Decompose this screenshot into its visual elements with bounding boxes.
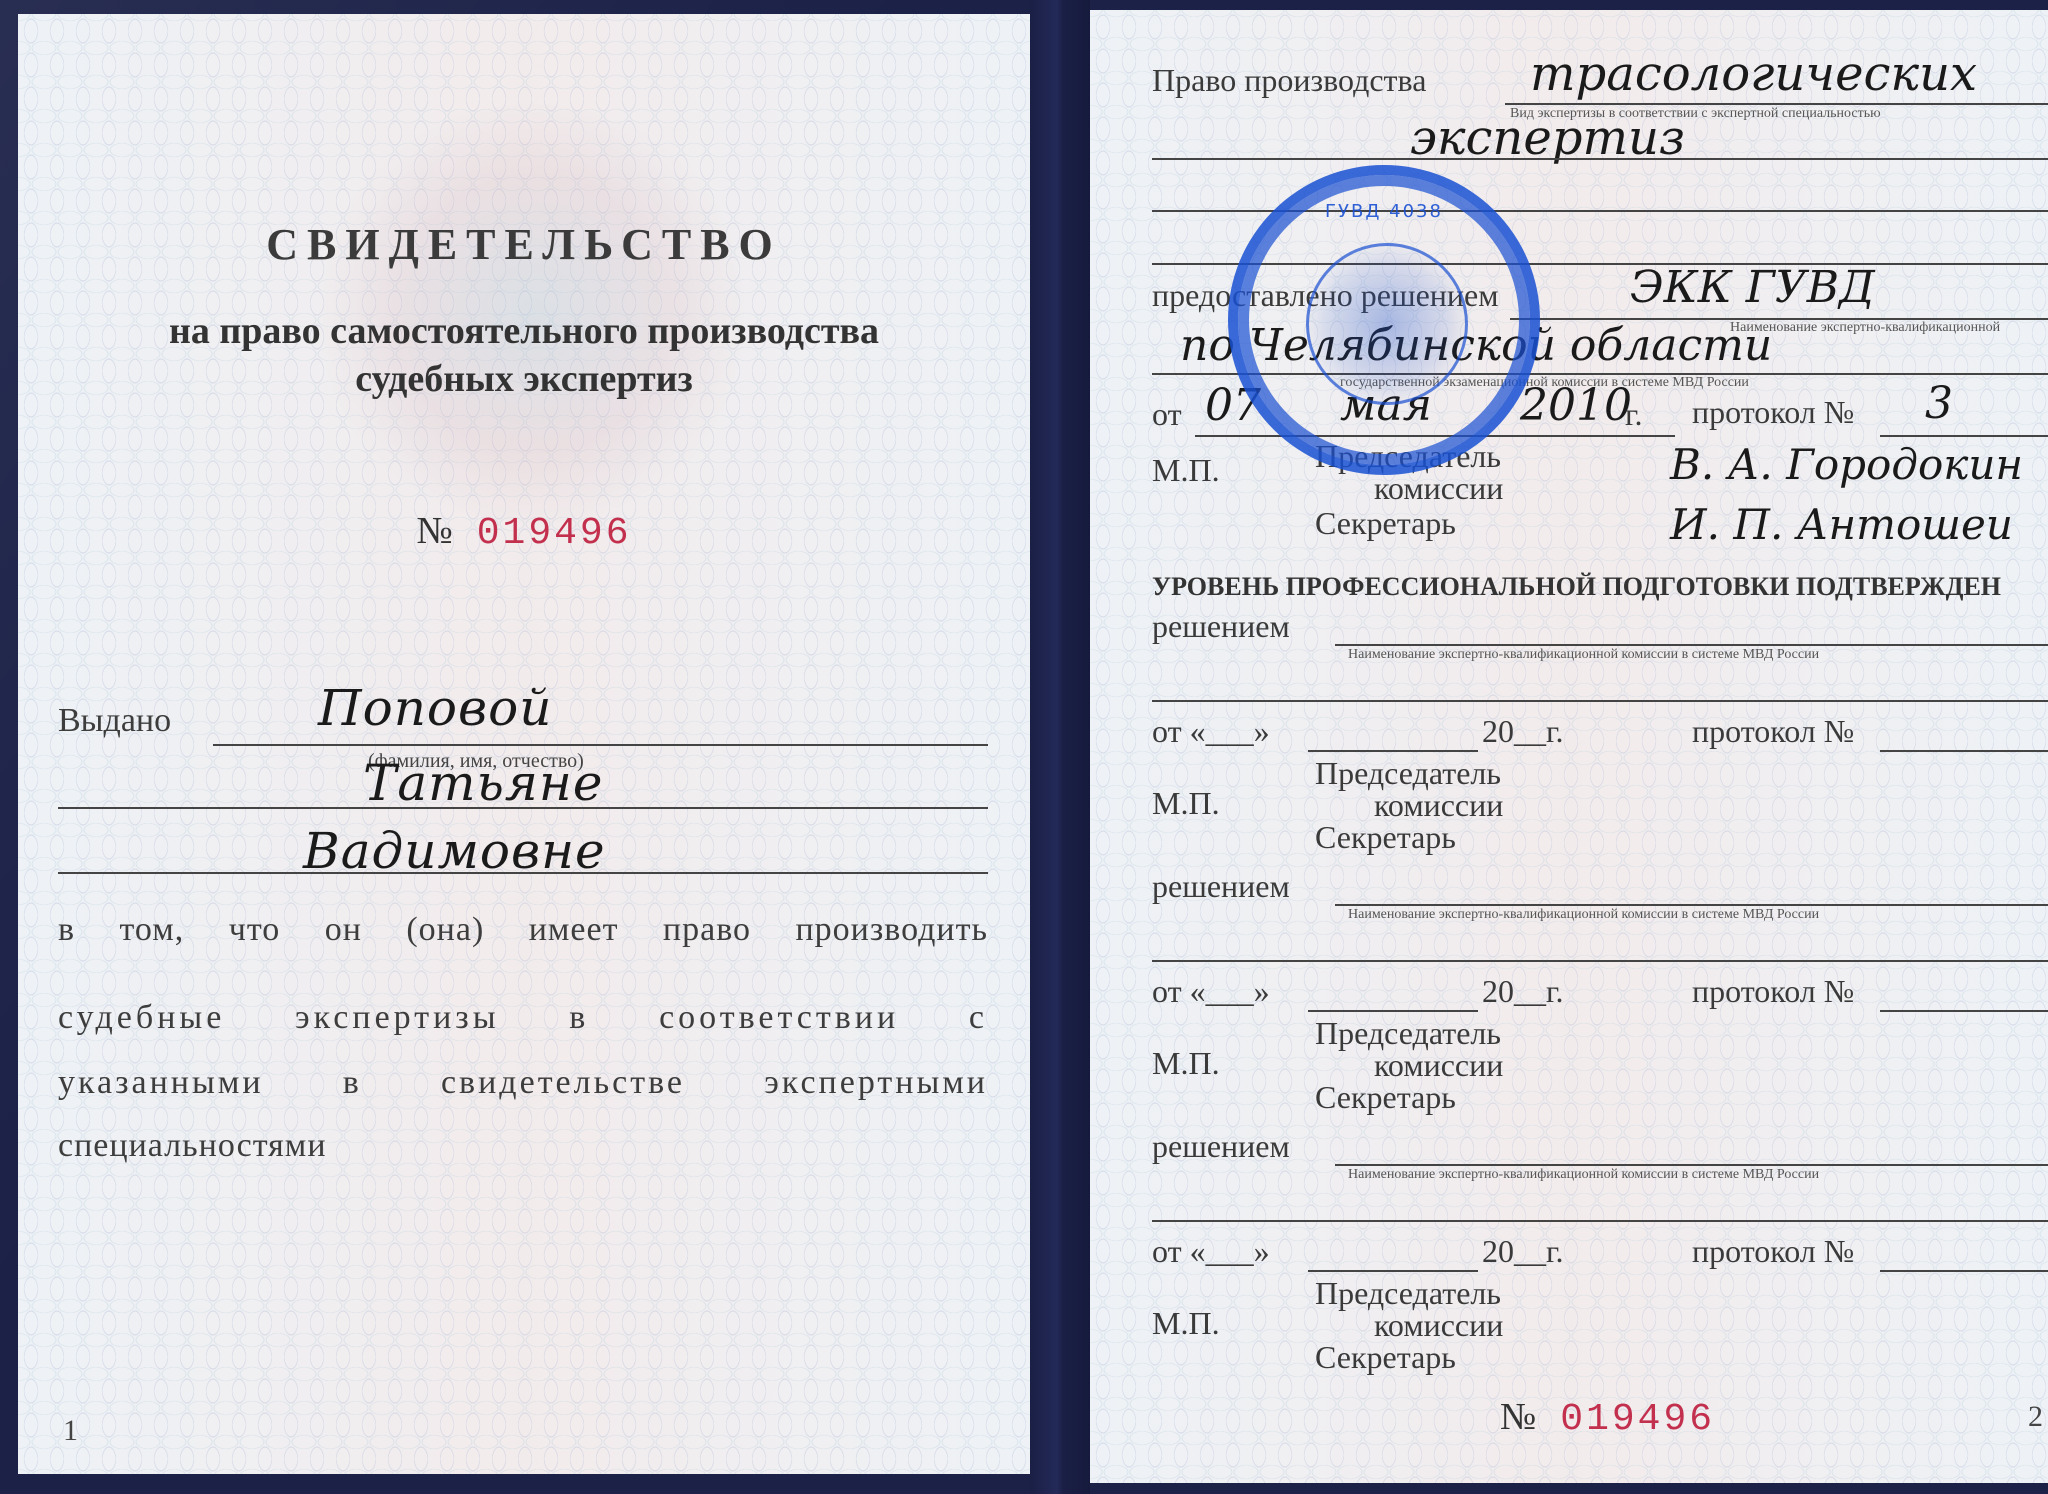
page-number-left: 1 <box>63 1414 78 1448</box>
mp-label: М.П. <box>1152 452 1220 489</box>
decision-line-2 <box>1152 960 2048 962</box>
level-heading: УРОВЕНЬ ПРОФЕССИОНАЛЬНОЙ ПОДГОТОВКИ ПОДТ… <box>1152 572 2001 602</box>
number-sign: № <box>1500 1396 1536 1438</box>
from-label: от «___» <box>1152 973 1270 1010</box>
decision-line <box>1335 644 2048 646</box>
subtitle-line-1: на право самостоятельного производства <box>18 307 1030 355</box>
surname-value: Поповой <box>318 679 552 737</box>
stamp-outer-text: ГУВД 4038 <box>1238 201 1530 222</box>
right-line-2 <box>1152 158 2048 160</box>
protocol-label: протокол № <box>1692 973 1854 1010</box>
granted-value-line-1: ЭКК ГУВД <box>1630 262 1875 313</box>
protocol-line <box>1880 750 2048 752</box>
body-line-2: судебные экспертизы в соответствии с <box>58 999 988 1037</box>
official-stamp-icon: ГУВД 4038 <box>1228 165 1540 475</box>
body-line-3: указанными в свидетельстве экспертными <box>58 1064 988 1102</box>
right-page: Право производства трасологических Вид э… <box>1090 10 2048 1483</box>
decision-line-2 <box>1152 700 2048 702</box>
patronymic-value: Вадимовне <box>303 822 606 880</box>
secretary-name: И. П. Антошеи <box>1670 500 2013 549</box>
serial-number-left: №019496 <box>18 509 1030 555</box>
issued-line-1 <box>213 744 988 746</box>
serial-value: 019496 <box>477 512 632 555</box>
right-line-1 <box>1505 103 2048 105</box>
secretary-label: Секретарь <box>1315 1079 1456 1116</box>
mp-label: М.П. <box>1152 1045 1220 1082</box>
left-page: СВИДЕТЕЛЬСТВО на право самостоятельного … <box>18 14 1030 1474</box>
issued-label: Выдано <box>58 702 171 740</box>
serial-value: 019496 <box>1560 1398 1715 1441</box>
secretary-label: Секретарь <box>1315 819 1456 856</box>
chairman-label-2: комиссии <box>1374 470 1503 507</box>
chairman-name: В. А. Городокин <box>1670 440 2023 489</box>
year-label: 20__г. <box>1482 1233 1564 1270</box>
page-number-right: 2 <box>2028 1400 2043 1434</box>
secretary-label: Секретарь <box>1315 1339 1456 1376</box>
decision-label: решением <box>1152 868 1290 905</box>
protocol-line <box>1880 1270 2048 1272</box>
month-line <box>1308 1010 1478 1012</box>
right-label: Право производства <box>1152 62 1426 99</box>
first-name-value: Татьяне <box>363 754 603 812</box>
date-from-label: от <box>1152 396 1182 433</box>
decision-hint: Наименование экспертно-квалификационной … <box>1348 647 1819 663</box>
right-value-line-1: трасологических <box>1530 46 1977 102</box>
decision-label: решением <box>1152 608 1290 645</box>
secretary-label: Секретарь <box>1315 505 1456 542</box>
decision-hint: Наименование экспертно-квалификационной … <box>1348 1167 1819 1183</box>
stamp-emblem-icon <box>1306 243 1468 405</box>
decision-label: решением <box>1152 1128 1290 1165</box>
body-line-4: специальностями <box>58 1127 988 1165</box>
decision-line-2 <box>1152 1220 2048 1222</box>
serial-number-right: №019496 <box>1500 1395 1715 1441</box>
protocol-label: протокол № <box>1692 713 1854 750</box>
mp-label: М.П. <box>1152 1305 1220 1342</box>
year-label: 20__г. <box>1482 713 1564 750</box>
protocol-label: протокол № <box>1692 394 1854 431</box>
month-line <box>1308 750 1478 752</box>
decision-line <box>1335 904 2048 906</box>
mp-label: М.П. <box>1152 785 1220 822</box>
protocol-number: 3 <box>1925 378 1953 429</box>
protocol-label: протокол № <box>1692 1233 1854 1270</box>
month-line <box>1308 1270 1478 1272</box>
date-year: 2010 <box>1520 380 1632 431</box>
decision-line <box>1335 1164 2048 1166</box>
date-year-suffix: г. <box>1625 396 1643 433</box>
from-label: от «___» <box>1152 713 1270 750</box>
number-sign: № <box>416 510 452 552</box>
binding-spine <box>1030 0 1090 1494</box>
certificate-subtitle: на право самостоятельного производства с… <box>18 307 1030 403</box>
from-label: от «___» <box>1152 1233 1270 1270</box>
year-label: 20__г. <box>1482 973 1564 1010</box>
protocol-line <box>1880 1010 2048 1012</box>
protocol-line <box>1880 435 2048 437</box>
subtitle-line-2: судебных экспертиз <box>18 355 1030 403</box>
body-line-1: в том, что он (она) имеет право производ… <box>58 911 988 949</box>
decision-hint: Наименование экспертно-квалификационной … <box>1348 907 1819 923</box>
certificate-title: СВИДЕТЕЛЬСТВО <box>18 219 1030 270</box>
